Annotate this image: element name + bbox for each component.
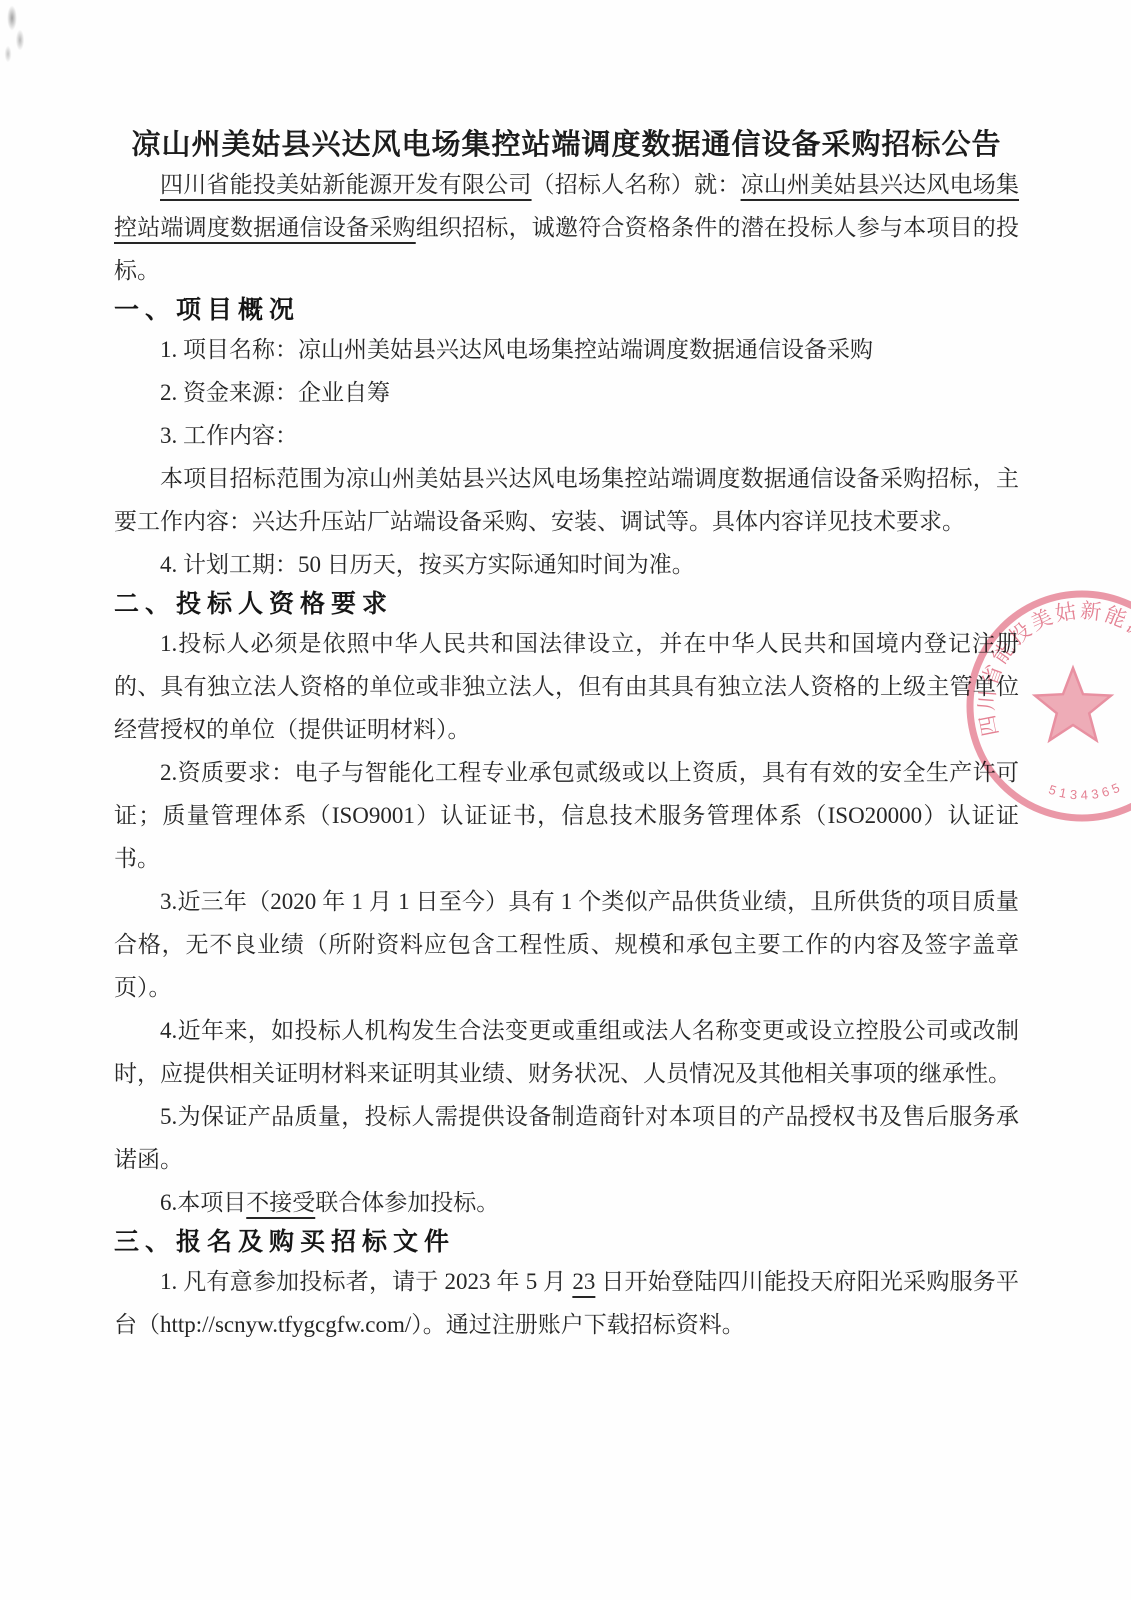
date-day-underlined: 23 [572, 1269, 595, 1294]
section1-item2: 2. 资金来源：企业自筹 [114, 371, 1019, 414]
section1-item3-body: 本项目招标范围为凉山州美姑县兴达风电场集控站端调度数据通信设备采购招标，主要工作… [114, 457, 1019, 543]
section1-item1: 1. 项目名称：凉山州美姑县兴达风电场集控站端调度数据通信设备采购 [114, 328, 1019, 371]
p3-pre-text: 1. 凡有意参加投标者，请于 2023 年 5 月 [160, 1269, 572, 1294]
scanned-document-page: 凉山州美姑县兴达风电场集控站端调度数据通信设备采购招标公告 四川省能投美姑新能源… [0, 0, 1131, 1600]
section1-heading: 一、项目概况 [114, 292, 1019, 328]
intro-paragraph: 四川省能投美姑新能源开发有限公司（招标人名称）就：凉山州美姑县兴达风电场集控站端… [114, 163, 1019, 292]
bidder-name: 四川省能投美姑新能源开发有限公司 [160, 172, 532, 197]
section3-p1: 1. 凡有意参加投标者，请于 2023 年 5 月 23 日开始登陆四川能投天府… [114, 1260, 1019, 1346]
section2-p5: 5.为保证产品质量，投标人需提供设备制造商针对本项目的产品授权书及售后服务承诺函… [114, 1095, 1019, 1181]
intro-mid-text: （招标人名称）就： [532, 172, 741, 197]
section3-heading: 三、报名及购买招标文件 [114, 1224, 1019, 1260]
p6-post-text: 联合体参加投标。 [315, 1190, 499, 1215]
section2-p2: 2.资质要求：电子与智能化工程专业承包贰级或以上资质，具有有效的安全生产许可证；… [114, 751, 1019, 880]
section2-heading: 二、投标人资格要求 [114, 586, 1019, 622]
section2-p6: 6.本项目不接受联合体参加投标。 [114, 1181, 1019, 1224]
scan-smudge-mark [0, 4, 34, 68]
document-content: 凉山州美姑县兴达风电场集控站端调度数据通信设备采购招标公告 四川省能投美姑新能源… [114, 0, 1019, 1346]
no-consortium-underlined: 不接受 [246, 1190, 315, 1215]
section2-p3: 3.近三年（2020 年 1 月 1 日至今）具有 1 个类似产品供货业绩，且所… [114, 880, 1019, 1009]
seal-serial-text: 5134365 [1047, 778, 1126, 802]
section2-p1: 1.投标人必须是依照中华人民共和国法律设立，并在中华人民共和国境内登记注册的、具… [114, 622, 1019, 751]
seal-star-icon [1035, 668, 1111, 740]
section1-item4: 4. 计划工期：50 日历天，按买方实际通知时间为准。 [114, 543, 1019, 586]
section2-p4: 4.近年来，如投标人机构发生合法变更或重组或法人名称变更或设立控股公司或改制时，… [114, 1009, 1019, 1095]
section1-item3: 3. 工作内容： [114, 414, 1019, 457]
document-title: 凉山州美姑县兴达风电场集控站端调度数据通信设备采购招标公告 [114, 127, 1019, 163]
official-seal-stamp: 四川省能投美姑新能源开发有限公司 5134365 [952, 578, 1131, 842]
p6-pre-text: 6.本项目 [160, 1190, 246, 1215]
